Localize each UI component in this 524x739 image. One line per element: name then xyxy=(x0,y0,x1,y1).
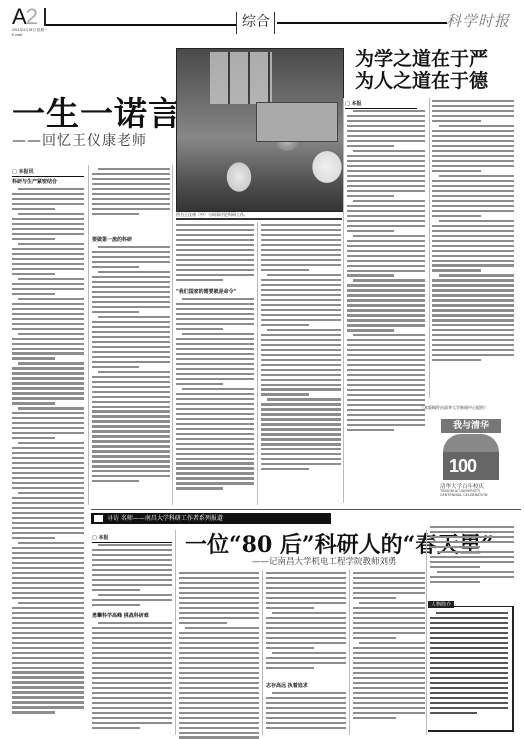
article-headline: 为学之道在于严 为人之道在于德 xyxy=(355,48,524,92)
article-text-column xyxy=(92,246,170,485)
article-text-column xyxy=(176,298,254,492)
article-headline: 一生一诺言 xyxy=(12,96,182,132)
article-text-column xyxy=(432,100,514,364)
paper-logo: 科学时报 xyxy=(446,10,510,31)
series-banner: 寻访 名师——南昌大学科研工作者系列报道 xyxy=(91,513,331,524)
article-text-column xyxy=(92,544,172,609)
article-text-column xyxy=(266,572,346,672)
centennial-name-en: TSINGHUA UNIVERSITY CENTENNIAL CELEBRATI… xyxy=(440,489,510,497)
section-rule xyxy=(91,509,521,510)
column-divider xyxy=(172,165,173,505)
photo-caption: 图为王仪康（中）与同事讨论科研工作。 xyxy=(176,212,342,220)
page-number: A2 xyxy=(12,6,37,28)
byline: □ 本报讯 xyxy=(12,168,84,177)
pen-icon xyxy=(94,515,103,522)
article-text-column xyxy=(353,572,425,722)
byline: □ 本报 xyxy=(92,534,172,543)
article-text-column xyxy=(12,188,84,716)
bio-box xyxy=(428,606,514,732)
column-divider xyxy=(88,165,89,505)
photo-equipment xyxy=(256,102,338,142)
article-text-column xyxy=(176,224,254,284)
article-text-column xyxy=(347,110,425,434)
section-divider xyxy=(274,12,275,34)
section-subhead: 科研与生产紧密结合 xyxy=(12,178,57,185)
column-divider xyxy=(257,222,258,505)
centennial-banner: 我与清华 xyxy=(441,419,501,433)
section-subhead: 勇攀科学高峰 挑战科研难 xyxy=(92,612,149,619)
column-divider xyxy=(262,570,263,735)
centennial-dome-icon xyxy=(443,434,499,452)
column-divider xyxy=(349,570,350,735)
article-text-column xyxy=(92,168,170,218)
header-rule-right xyxy=(277,22,447,24)
column-divider xyxy=(429,98,430,398)
article-subheadline: ——回忆王仪康老师 xyxy=(12,130,147,150)
article-text-column xyxy=(92,622,172,732)
article-subheadline: ——记南昌大学机电工程学院教师刘勇 xyxy=(252,555,397,567)
article-text-column xyxy=(430,526,514,586)
column-divider xyxy=(343,98,344,503)
photo-window xyxy=(210,52,272,104)
column-divider xyxy=(175,530,176,735)
section-subhead: "我们国家的需要就是命令" xyxy=(176,288,236,295)
section-subhead: 志存高远 执着追求 xyxy=(266,682,308,689)
section-subhead: 要做第一流的科研 xyxy=(92,236,132,243)
article-text-column xyxy=(261,224,341,473)
masthead-meta: 2011年4月18日 星期一 E-mail xyxy=(12,28,122,38)
header-rule-left xyxy=(46,24,236,26)
article-text-column xyxy=(179,572,259,739)
byline: □ 本报 xyxy=(345,100,417,109)
centennial-number: 100 xyxy=(449,456,476,477)
article-text-column xyxy=(266,692,346,732)
column-divider xyxy=(426,530,427,735)
section-divider xyxy=(236,12,237,34)
source-note: （本版稿件由清华大学新闻中心提供） xyxy=(420,405,488,411)
section-label: 综合 xyxy=(242,11,270,31)
